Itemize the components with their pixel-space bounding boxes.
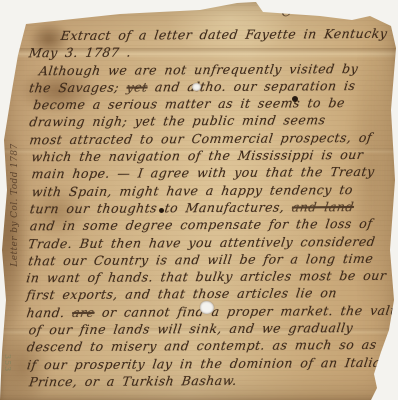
ink-blot — [292, 96, 298, 102]
letter-text: descend to misery and contempt. as much … — [26, 337, 378, 354]
letter-text: or cannot find a proper market. the valu… — [94, 302, 398, 319]
letter-text: Trade. But then have you attentively con… — [27, 233, 376, 250]
letter-text: and altho. our separation is — [147, 78, 357, 94]
letter-text: that our Country is and will be for a lo… — [27, 251, 374, 268]
letter-text: drawing nigh; yet the public mind seems — [28, 113, 326, 130]
struck-text: are — [71, 305, 95, 320]
letter-line: and in some degree compensate for the lo… — [25, 215, 398, 235]
paper-hole — [192, 83, 201, 91]
letter-text: become a serious matter as it seems to b… — [32, 95, 346, 112]
letter-text: Extract of a letter dated Fayette in Ken… — [60, 26, 389, 43]
struck-text: and land — [291, 199, 355, 214]
letter-text: in want of hands. that bulky articles mo… — [26, 268, 388, 286]
letter-line: descend to misery and contempt. as much … — [26, 336, 398, 356]
letter-line: Prince, or a Turkish Bashaw. — [26, 371, 398, 391]
letter-text: most attracted to our Commercial prospec… — [29, 130, 374, 147]
letter-text: main hope. — I agree with you that the T… — [31, 164, 376, 181]
margin-note: Letter by Col. Todd 1787 — [10, 135, 20, 275]
letter-text: hand. — [26, 305, 74, 320]
letter-text: Although we are not unfrequently visited… — [38, 61, 359, 78]
letter-text: with Spain, might have a happy tendency … — [31, 182, 354, 199]
struck-text: yet — [126, 79, 149, 94]
letter-text: and in some degree compensate for the lo… — [29, 216, 373, 233]
letter-text: Prince, or a Turkish Bashaw. — [28, 373, 238, 389]
letter-line: May 3. 1787 . — [24, 42, 398, 62]
letter-paper: C Letter by Col. Todd 1787 353 Extract o… — [0, 0, 398, 400]
letter-text: first exports, and that those articles l… — [26, 286, 338, 303]
letter-text: if our prosperity lay in the dominion of… — [26, 354, 390, 372]
letter-text: the Savages; — [28, 79, 127, 95]
letter-text: of our fine lands will sink, and we grad… — [28, 320, 354, 337]
letter-lines: Extract of a letter dated Fayette in Ken… — [25, 25, 398, 391]
letter-line: main hope. — I agree with you that the T… — [25, 163, 398, 183]
scanned-letter-photo: C Letter by Col. Todd 1787 353 Extract o… — [0, 0, 398, 400]
letter-line: first exports, and that those articles l… — [25, 284, 398, 304]
ink-flourish: C — [279, 3, 293, 21]
ink-blot — [159, 208, 164, 213]
pencil-mark: 353 — [3, 354, 12, 372]
paper-hole — [200, 301, 214, 314]
letter-text: May 3. 1787 . — [28, 45, 132, 61]
letter-text: which the navigation of the Mississippi … — [31, 147, 365, 164]
